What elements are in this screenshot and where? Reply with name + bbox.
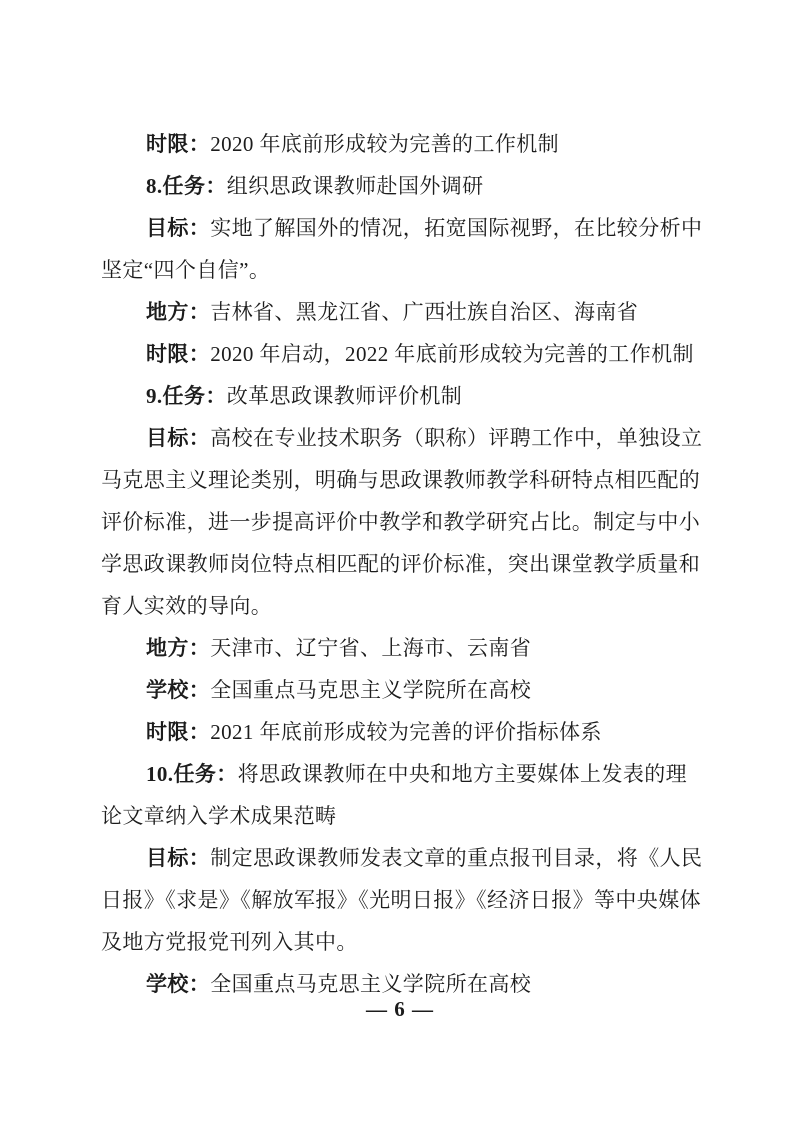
line-label: 8.任务： xyxy=(146,174,227,198)
text-line: 目标：制定思政课教师发表文章的重点报刊目录，将《人民 xyxy=(101,837,705,879)
line-text: 全国重点马克思主义学院所在高校 xyxy=(210,972,531,996)
line-label: 学校： xyxy=(146,972,210,996)
text-line: 坚定“四个自信”。 xyxy=(101,249,705,291)
line-text: 吉林省、黑龙江省、广西壮族自治区、海南省 xyxy=(210,300,638,324)
line-label: 时限： xyxy=(146,132,210,156)
line-label: 学校： xyxy=(146,678,210,702)
line-label: 地方： xyxy=(146,636,210,660)
text-line: 地方：吉林省、黑龙江省、广西壮族自治区、海南省 xyxy=(101,291,705,333)
line-label: 9.任务： xyxy=(146,384,227,408)
text-line: 日报》《求是》《解放军报》《光明日报》《经济日报》等中央媒体 xyxy=(101,879,705,921)
text-line: 评价标准，进一步提高评价中教学和教学研究占比。制定与中小 xyxy=(101,501,705,543)
line-text: 高校在专业技术职务（职称）评聘工作中，单独设立 xyxy=(210,426,702,450)
text-line: 育人实效的导向。 xyxy=(101,585,705,627)
document-body: 时限：2020 年底前形成较为完善的工作机制8.任务：组织思政课教师赴国外调研目… xyxy=(101,123,705,1005)
text-line: 时限：2020 年启动，2022 年底前形成较为完善的工作机制 xyxy=(101,333,705,375)
text-line: 时限：2021 年底前形成较为完善的评价指标体系 xyxy=(101,711,705,753)
line-text: 马克思主义理论类别，明确与思政课教师教学科研特点相匹配的 xyxy=(101,468,700,492)
line-label: 目标： xyxy=(146,216,210,240)
line-text: 育人实效的导向。 xyxy=(101,594,272,618)
line-label: 时限： xyxy=(146,342,210,366)
line-text: 日报》《求是》《解放军报》《光明日报》《经济日报》等中央媒体 xyxy=(101,888,701,912)
text-line: 及地方党报党刊列入其中。 xyxy=(101,921,705,963)
text-line: 目标：实地了解国外的情况，拓宽国际视野，在比较分析中 xyxy=(101,207,705,249)
text-line: 目标：高校在专业技术职务（职称）评聘工作中，单独设立 xyxy=(101,417,705,459)
line-text: 2021 年底前形成较为完善的评价指标体系 xyxy=(210,720,602,744)
document-page: 时限：2020 年底前形成较为完善的工作机制8.任务：组织思政课教师赴国外调研目… xyxy=(0,0,800,1132)
line-text: 论文章纳入学术成果范畴 xyxy=(101,804,336,828)
page-number: — 6 — xyxy=(0,996,800,1022)
line-text: 坚定“四个自信”。 xyxy=(101,258,270,282)
line-text: 天津市、辽宁省、上海市、云南省 xyxy=(210,636,531,660)
line-text: 2020 年底前形成较为完善的工作机制 xyxy=(210,132,559,156)
line-label: 目标： xyxy=(146,846,210,870)
text-line: 论文章纳入学术成果范畴 xyxy=(101,795,705,837)
text-line: 马克思主义理论类别，明确与思政课教师教学科研特点相匹配的 xyxy=(101,459,705,501)
line-text: 组织思政课教师赴国外调研 xyxy=(227,174,484,198)
line-label: 地方： xyxy=(146,300,210,324)
line-label: 10.任务： xyxy=(146,762,238,786)
line-text: 实地了解国外的情况，拓宽国际视野，在比较分析中 xyxy=(210,216,702,240)
line-text: 评价标准，进一步提高评价中教学和教学研究占比。制定与中小 xyxy=(101,510,700,534)
line-label: 时限： xyxy=(146,720,210,744)
line-text: 将思政课教师在中央和地方主要媒体上发表的理 xyxy=(238,762,687,786)
line-text: 全国重点马克思主义学院所在高校 xyxy=(210,678,531,702)
line-text: 2020 年启动，2022 年底前形成较为完善的工作机制 xyxy=(210,342,694,366)
text-line: 时限：2020 年底前形成较为完善的工作机制 xyxy=(101,123,705,165)
text-line: 9.任务：改革思政课教师评价机制 xyxy=(101,375,705,417)
text-line: 8.任务：组织思政课教师赴国外调研 xyxy=(101,165,705,207)
line-text: 改革思政课教师评价机制 xyxy=(227,384,462,408)
line-text: 及地方党报党刊列入其中。 xyxy=(101,930,358,954)
text-line: 学校：全国重点马克思主义学院所在高校 xyxy=(101,669,705,711)
line-text: 制定思政课教师发表文章的重点报刊目录，将《人民 xyxy=(210,846,702,870)
text-line: 地方：天津市、辽宁省、上海市、云南省 xyxy=(101,627,705,669)
line-text: 学思政课教师岗位特点相匹配的评价标准，突出课堂教学质量和 xyxy=(101,552,700,576)
line-label: 目标： xyxy=(146,426,210,450)
text-line: 10.任务：将思政课教师在中央和地方主要媒体上发表的理 xyxy=(101,753,705,795)
text-line: 学思政课教师岗位特点相匹配的评价标准，突出课堂教学质量和 xyxy=(101,543,705,585)
